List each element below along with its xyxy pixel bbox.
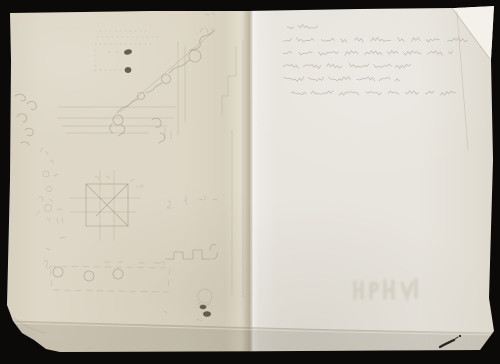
center-fold-crease	[243, 0, 259, 364]
photo-background	[0, 0, 500, 364]
manuscript-sheet	[0, 0, 500, 364]
left-page	[0, 0, 250, 364]
right-page	[250, 0, 500, 364]
